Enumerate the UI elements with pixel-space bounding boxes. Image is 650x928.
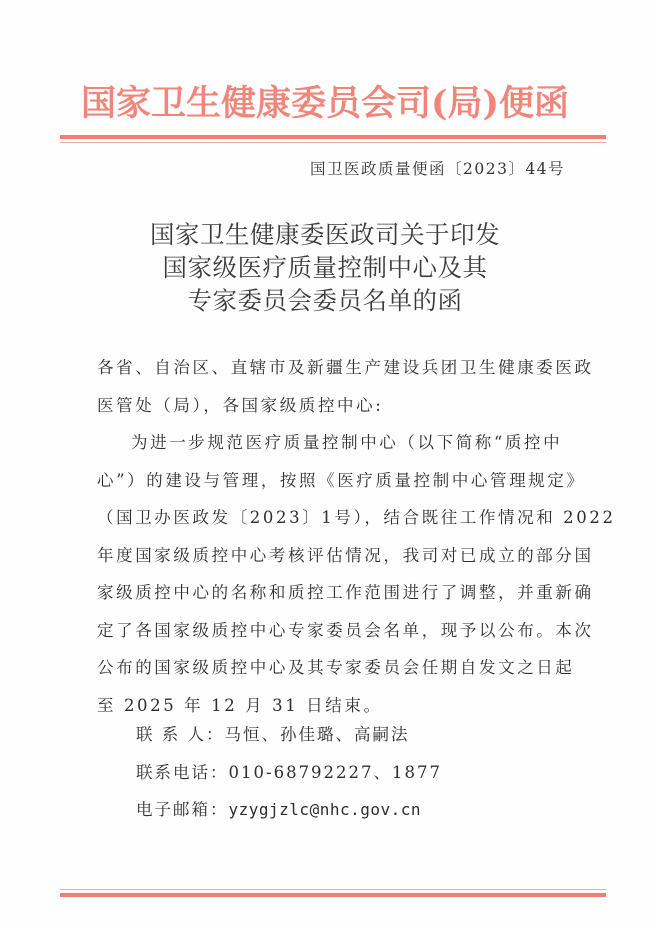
contact-people-value: 马恒、孙佳璐、高嗣法 [225,716,410,754]
contact-phone-row: 联系电话：010-68792227、1877 [136,754,442,792]
document-page: 国家卫生健康委员会司(局)便函 国卫医政质量便函〔2023〕44号 国家卫生健康… [0,0,650,928]
contact-block: 联 系 人：马恒、孙佳璐、高嗣法 联系电话：010-68792227、1877 … [136,716,442,829]
body-line: 为进一步规范医疗质量控制中心（以下简称“质控中 [97,424,577,462]
body-line: 家级质控中心的名称和质控工作范围进行了调整，并重新确 [97,574,577,612]
title-line: 国家级医疗质量控制中心及其 [0,251,650,284]
document-number: 国卫医政质量便函〔2023〕44号 [310,157,600,179]
body-line: （国卫办医政发〔2023〕1号），结合既往工作情况和 2022 [97,499,577,537]
body-line: 公布的国家级质控中心及其专家委员会任期自发文之日起 [97,649,577,687]
letterhead-rule-thin [60,142,606,143]
contact-email-label: 电子邮箱： [136,791,229,829]
contact-phone-label: 联系电话： [136,754,229,792]
footer-rule-thin [60,889,606,890]
contact-phone-value: 010-68792227、1877 [229,754,443,792]
contact-people-row: 联 系 人：马恒、孙佳璐、高嗣法 [136,716,442,754]
document-body: 各省、自治区、直辖市及新疆生产建设兵团卫生健康委医政 医管处（局），各国家级质控… [97,349,577,724]
body-line: 心”）的建设与管理，按照《医疗质量控制中心管理规定》 [97,462,577,500]
title-line: 国家卫生健康委医政司关于印发 [0,218,650,251]
contact-people-label: 联 系 人： [136,716,225,754]
contact-email-value: yzygjzlc@nhc.gov.cn [229,791,422,829]
title-line: 专家委员会委员名单的函 [0,284,650,317]
letterhead-title: 国家卫生健康委员会司(局)便函 [0,82,650,126]
contact-email-row: 电子邮箱：yzygjzlc@nhc.gov.cn [136,791,442,829]
footer-rule-thick [60,893,606,897]
body-line-salutation: 各省、自治区、直辖市及新疆生产建设兵团卫生健康委医政 [97,349,577,387]
body-line-salutation: 医管处（局），各国家级质控中心: [97,387,577,425]
letterhead-rule-thick [60,135,606,139]
body-line: 年度国家级质控中心考核评估情况，我司对已成立的部分国 [97,537,577,575]
body-line: 定了各国家级质控中心专家委员会名单，现予以公布。本次 [97,612,577,650]
document-title: 国家卫生健康委医政司关于印发 国家级医疗质量控制中心及其 专家委员会委员名单的函 [0,218,650,317]
